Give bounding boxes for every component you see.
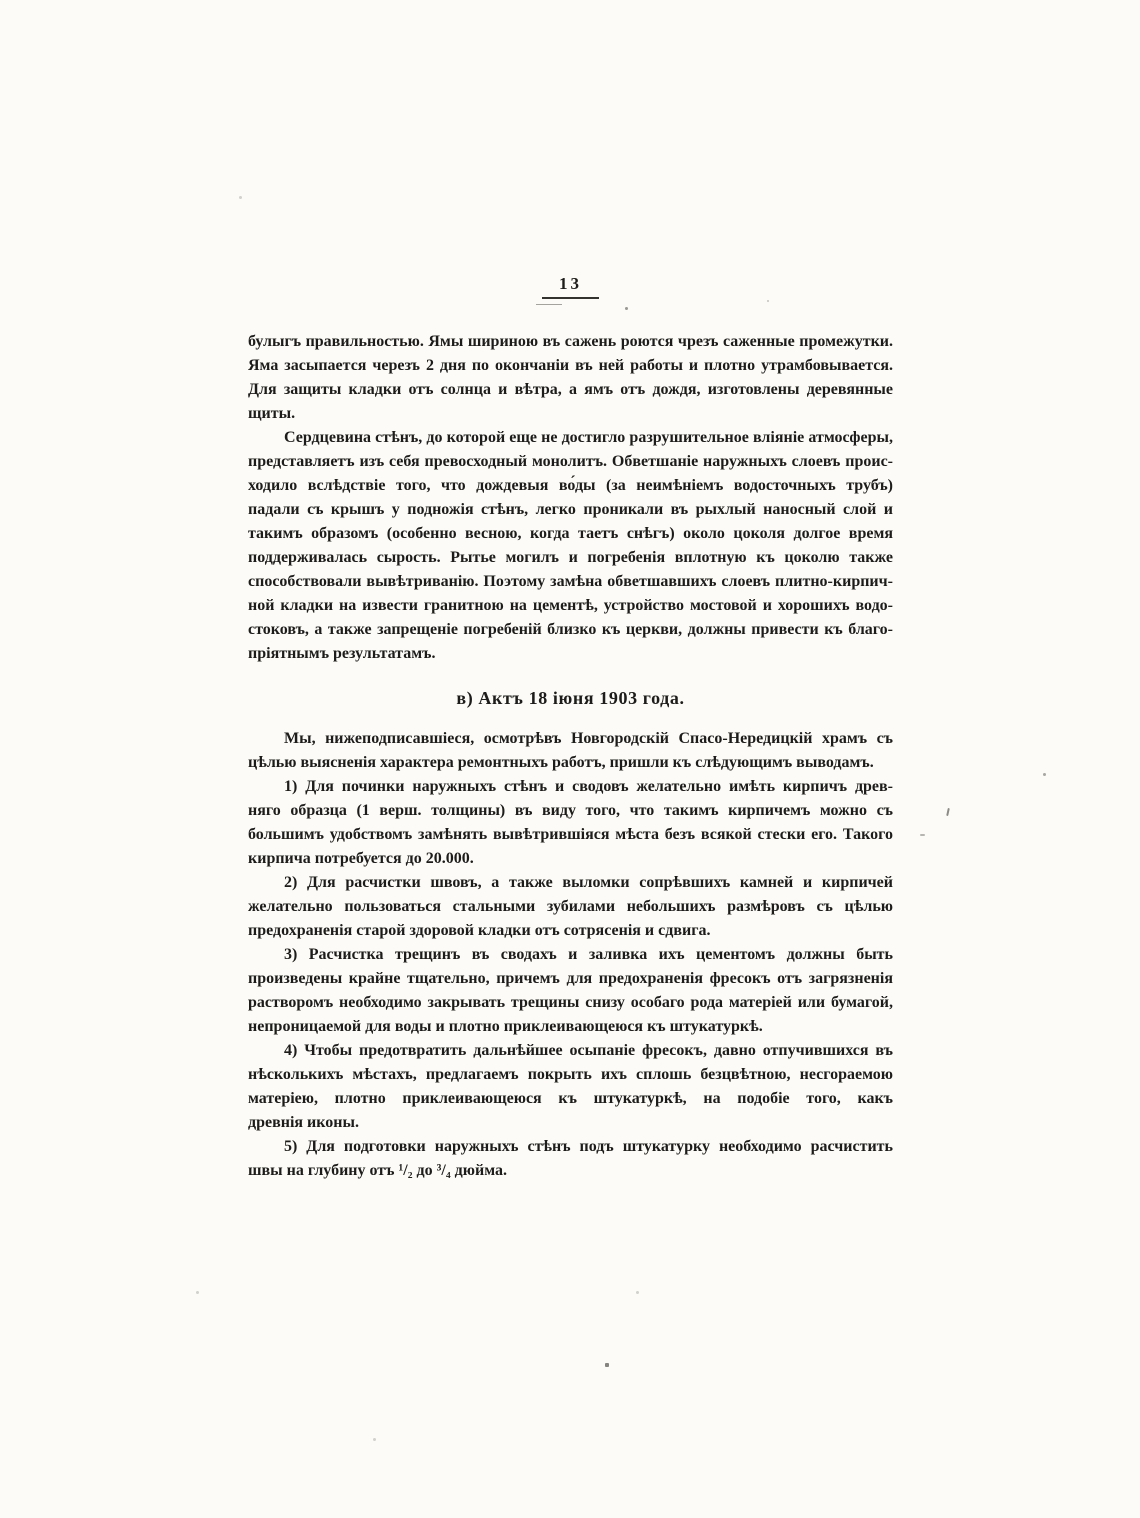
paragraph: 3) Расчистка трещинъ въ сводахъ и заливк… xyxy=(248,943,893,1039)
text-line: такимъ образомъ (особенно весною, когда … xyxy=(248,522,893,546)
text-column: булыгъ правильностью. Ямы шириною въ саж… xyxy=(248,330,893,1183)
text-line: цѣлью выясненія характера ремонтныхъ раб… xyxy=(248,751,893,775)
scan-speck xyxy=(946,808,950,816)
page-number-container: 13 xyxy=(248,274,893,299)
scanned-document-page: 13 булыгъ правильностью. Ямы шириною въ … xyxy=(0,0,1140,1518)
paragraph: 1) Для починки наружныхъ стѣнъ и сводовъ… xyxy=(248,775,893,871)
text-line: Сердцевина стѣнъ, до которой еще не дост… xyxy=(248,426,893,450)
scan-speck xyxy=(196,1291,199,1294)
page-number: 13 xyxy=(542,274,599,299)
text-line: няго образца (1 верш. толщины) въ виду т… xyxy=(248,799,893,823)
scan-speck xyxy=(625,307,628,310)
text-line: Яма засыпается черезъ 2 дня по окончаніи… xyxy=(248,354,893,378)
scan-speck xyxy=(767,300,769,302)
scan-artifact-dash xyxy=(536,304,562,305)
text-line: желательно пользоваться стальными зубила… xyxy=(248,895,893,919)
text-line: 4) Чтобы предотвратить дальнѣйшее осыпан… xyxy=(248,1039,893,1063)
scan-speck xyxy=(239,196,242,199)
text-line: способствовали вывѣтриванію. Поэтому зам… xyxy=(248,570,893,594)
text-line: представляетъ изъ себя превосходный моно… xyxy=(248,450,893,474)
text-line: стоковъ, а также запрещеніе погребеній б… xyxy=(248,618,893,642)
text-line: непроницаемой для воды и плотно приклеив… xyxy=(248,1015,893,1039)
text-line: щиты. xyxy=(248,402,893,426)
paragraph: Сердцевина стѣнъ, до которой еще не дост… xyxy=(248,426,893,666)
text-line: булыгъ правильностью. Ямы шириною въ саж… xyxy=(248,330,893,354)
text-line: растворомъ необходимо закрывать трещины … xyxy=(248,991,893,1015)
text-line: ной кладки на извести гранитною на цемен… xyxy=(248,594,893,618)
text-line: пріятнымъ результатамъ. xyxy=(248,642,893,666)
text-line: 3) Расчистка трещинъ въ сводахъ и заливк… xyxy=(248,943,893,967)
text-line: ходило вслѣдствіе того, что дождевыя во́… xyxy=(248,474,893,498)
paragraph: булыгъ правильностью. Ямы шириною въ саж… xyxy=(248,330,893,426)
text-line: падали съ крышъ у подножія стѣнъ, легко … xyxy=(248,498,893,522)
text-line: 2) Для расчистки швовъ, а также выломки … xyxy=(248,871,893,895)
scan-speck xyxy=(636,1291,639,1294)
text-line: Для защиты кладки отъ солнца и вѣтра, а … xyxy=(248,378,893,402)
text-line: матеріею, плотно приклеивающеюся къ штук… xyxy=(248,1087,893,1111)
paragraph: 4) Чтобы предотвратить дальнѣйшее осыпан… xyxy=(248,1039,893,1135)
text-line: поддерживалась сырость. Рытье могилъ и п… xyxy=(248,546,893,570)
paragraph: 5) Для подготовки наружныхъ стѣнъ подъ ш… xyxy=(248,1135,893,1183)
text-line: швы на глубину отъ ¹/₂ до ³/₄ дюйма. xyxy=(248,1159,893,1183)
paragraph: Мы, нижеподписавшіеся, осмотрѣвъ Новгоро… xyxy=(248,727,893,775)
section-heading: в) Актъ 18 іюня 1903 года. xyxy=(248,686,893,710)
scan-speck xyxy=(605,1363,609,1367)
scan-speck xyxy=(373,1438,376,1441)
text-line: произведены крайне тщательно, причемъ дл… xyxy=(248,967,893,991)
text-line: нѣсколькихъ мѣстахъ, предлагаемъ покрыть… xyxy=(248,1063,893,1087)
text-line: 5) Для подготовки наружныхъ стѣнъ подъ ш… xyxy=(248,1135,893,1159)
paragraph: 2) Для расчистки швовъ, а также выломки … xyxy=(248,871,893,943)
text-line: древнія иконы. xyxy=(248,1111,893,1135)
text-line: 1) Для починки наружныхъ стѣнъ и сводовъ… xyxy=(248,775,893,799)
text-line: кирпича потребуется до 20.000. xyxy=(248,847,893,871)
scan-speck xyxy=(1043,773,1046,776)
text-line: Мы, нижеподписавшіеся, осмотрѣвъ Новгоро… xyxy=(248,727,893,751)
scan-speck xyxy=(920,834,925,836)
text-line: большимъ удобствомъ замѣнять вывѣтрившія… xyxy=(248,823,893,847)
text-line: предохраненія старой здоровой кладки отъ… xyxy=(248,919,893,943)
